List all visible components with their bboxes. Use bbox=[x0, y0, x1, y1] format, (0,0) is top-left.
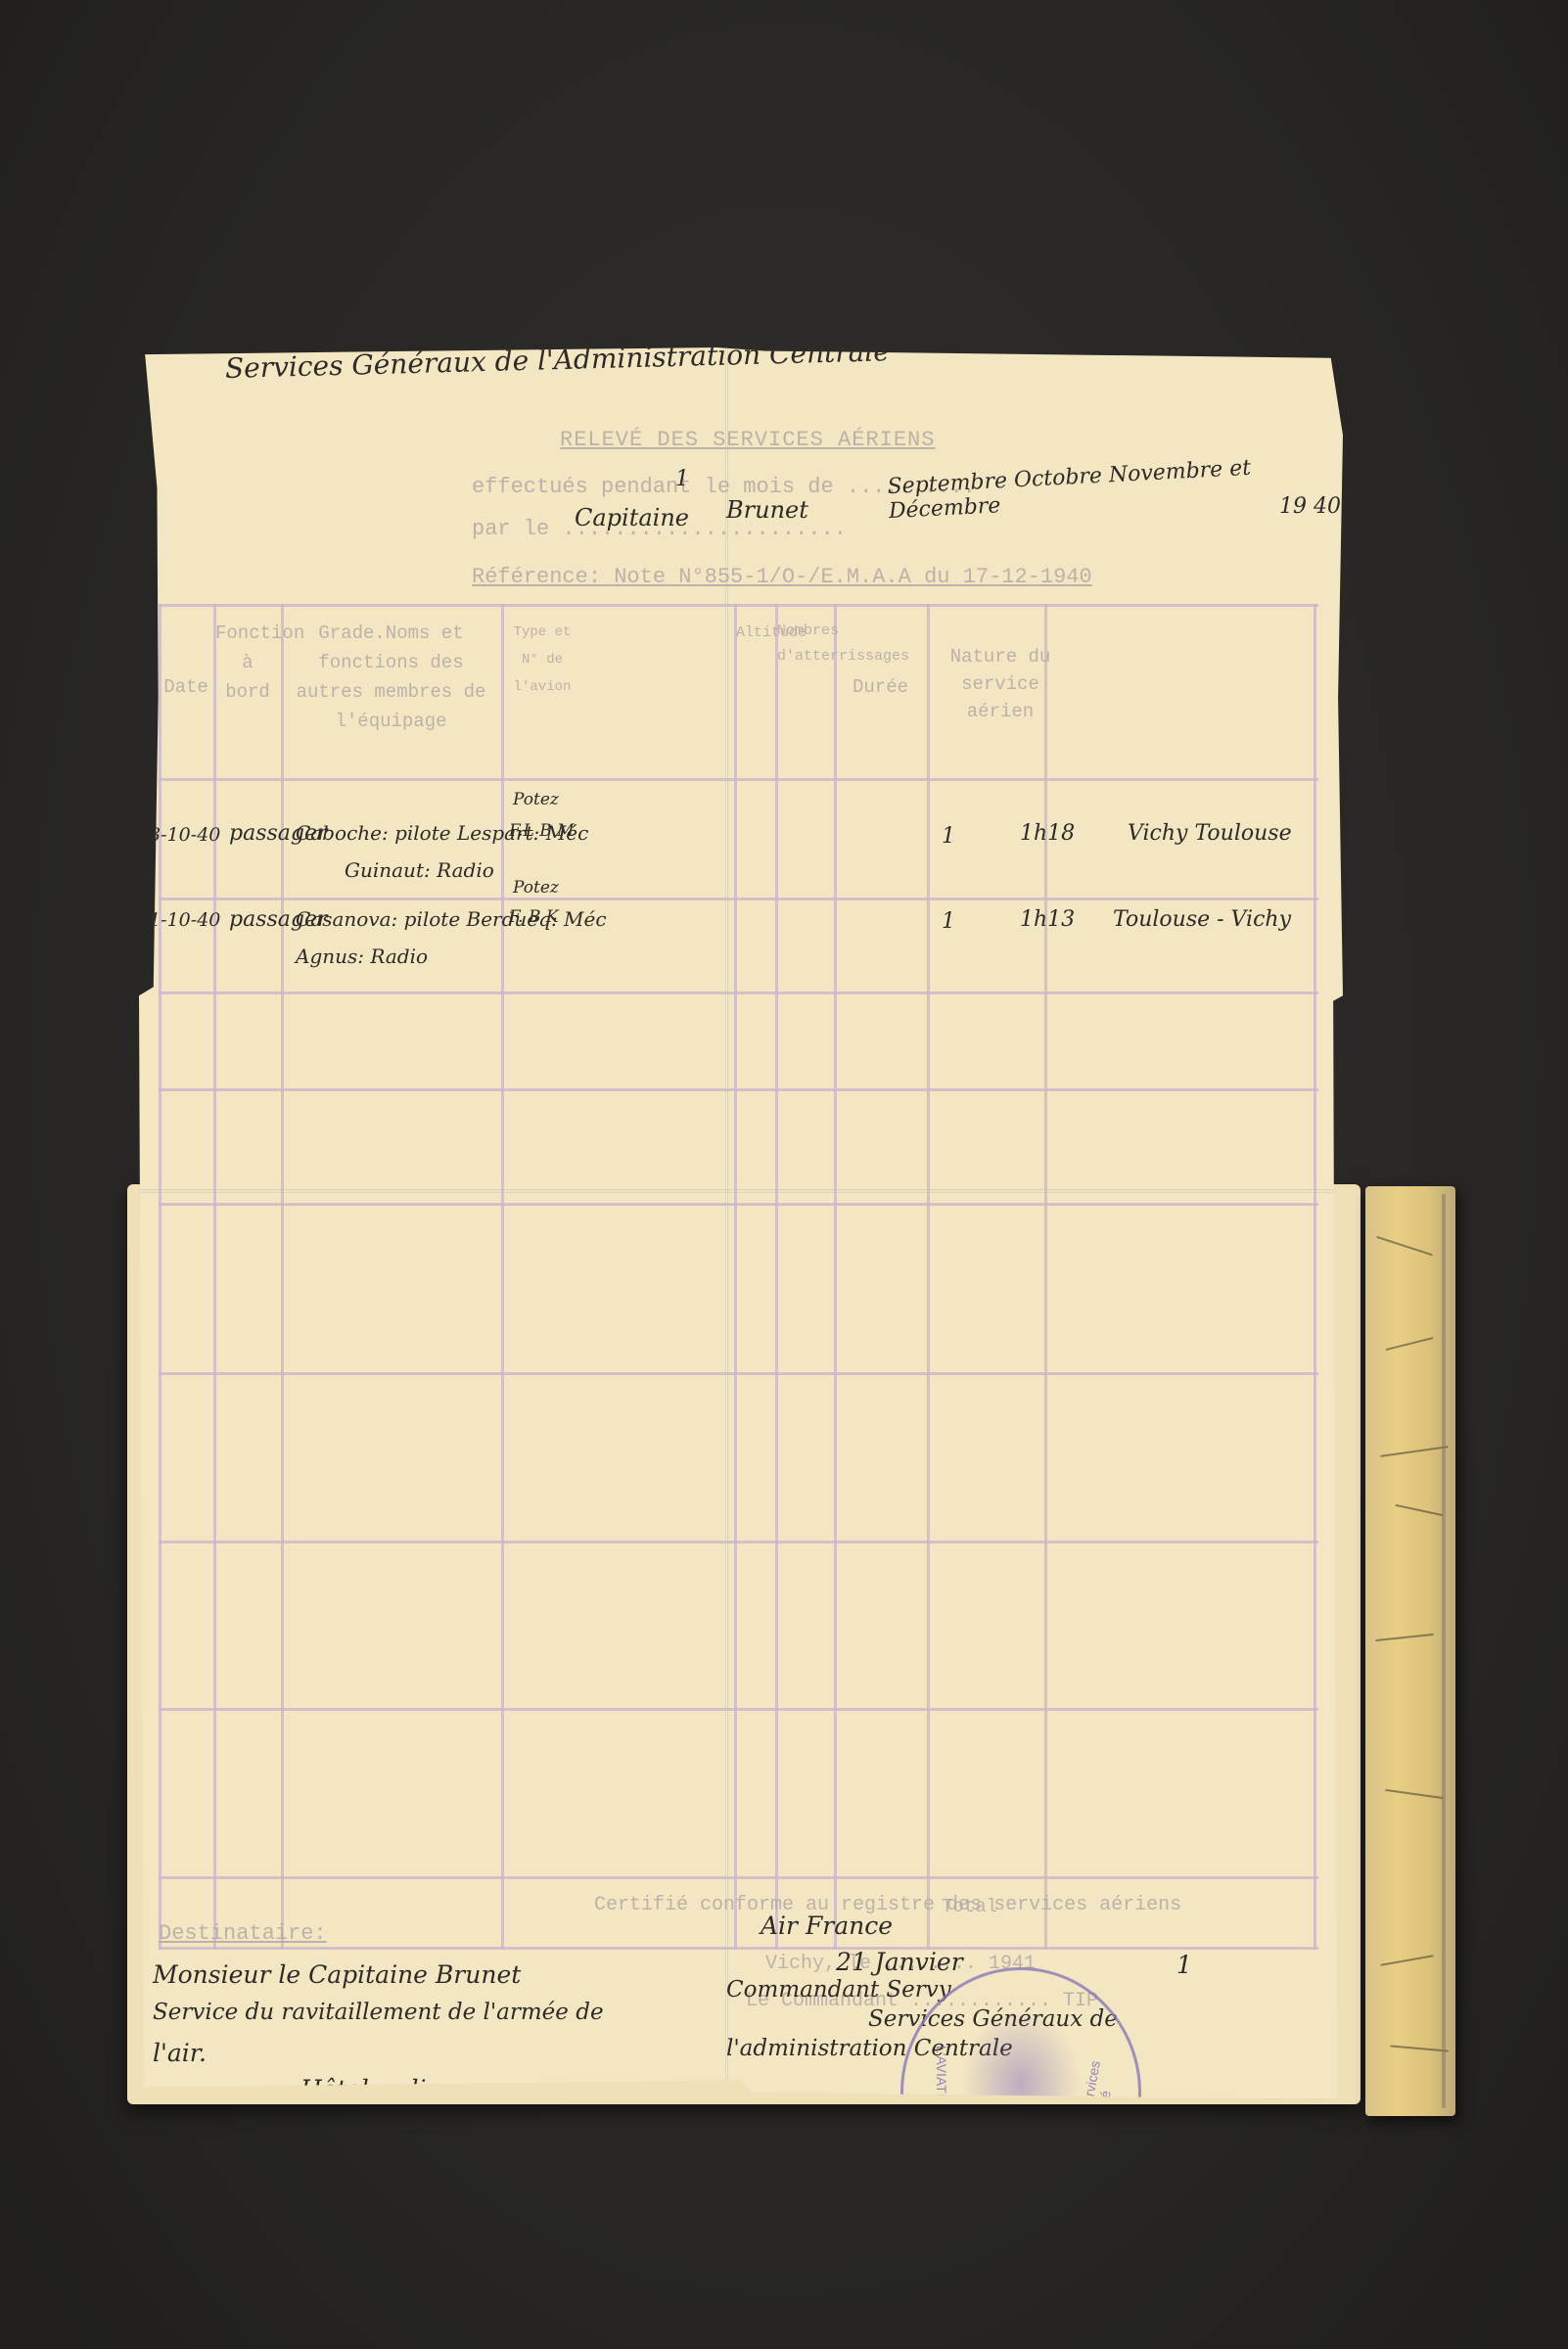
column-header-atterrissages: Nombres d'atterrissages bbox=[777, 619, 834, 669]
signature-year-mark: 1 bbox=[1176, 1951, 1192, 1979]
row2-avion-line2: F. B K bbox=[509, 907, 559, 927]
typed-reference: Référence: Note N°855-1/O-/E.M.A.A du 17… bbox=[472, 565, 1092, 589]
row2-atterrissages: 1 bbox=[942, 909, 955, 934]
address-line-3: l'air. bbox=[153, 2039, 207, 2067]
handwritten-period: Septembre Octobre Novembre et Décembre bbox=[887, 451, 1344, 524]
column-header-altitude: Altitude bbox=[736, 619, 775, 648]
row2-duree: 1h13 bbox=[1020, 907, 1075, 932]
marbled-booklet-cover bbox=[1365, 1186, 1455, 2116]
aviation-service-record-sheet: Services Généraux de l'Administration Ce… bbox=[139, 347, 1343, 2099]
column-header-equipage: Grade.Noms et fonctions des autres membr… bbox=[286, 619, 496, 736]
row1-nature: Vichy Toulouse bbox=[1128, 821, 1292, 846]
row2-nature: Toulouse - Vichy bbox=[1113, 907, 1291, 932]
destinataire-label: Destinataire: bbox=[159, 1921, 327, 1946]
signature-line-air-france: Air France bbox=[761, 1911, 893, 1940]
row2-equipage-line2: Agnus: Radio bbox=[296, 944, 428, 968]
column-header-fonction: Fonction à bord bbox=[215, 619, 280, 707]
address-line-2: Service du ravitaillement de l'armée de bbox=[153, 2000, 604, 2025]
address-line-1: Monsieur le Capitaine Brunet bbox=[153, 1960, 521, 1989]
row1-avion-line2: F.L B M bbox=[509, 821, 575, 841]
handwritten-year: 19 40 bbox=[1279, 494, 1341, 519]
row1-duree: 1h18 bbox=[1020, 821, 1075, 846]
column-header-avion: Type et N° de l'avion bbox=[503, 619, 581, 701]
column-header-nature: Nature du service aérien bbox=[942, 643, 1059, 725]
row1-atterrissages: 1 bbox=[942, 824, 955, 849]
row1-avion-line1: Potez bbox=[513, 790, 559, 809]
row2-equipage-line1: Casanova: pilote Berdueq: Méc bbox=[296, 907, 607, 931]
record-table: Date Fonction à bord Grade.Noms et fonct… bbox=[159, 604, 1318, 1950]
column-header-date: Date bbox=[159, 672, 213, 702]
signature-line-commandant: Commandant Servy bbox=[726, 1977, 951, 2003]
handwritten-mark: 1 bbox=[675, 467, 689, 491]
row1-equipage-line2: Guinaut: Radio bbox=[345, 858, 494, 882]
column-header-duree: Durée bbox=[834, 672, 927, 702]
signature-line-date: 21 Janvier bbox=[836, 1948, 963, 1976]
handwritten-grade: Capitaine bbox=[575, 504, 689, 531]
row2-avion-line1: Potez bbox=[513, 878, 559, 898]
typed-title: RELEVÉ DES SERVICES AÉRIENS bbox=[560, 428, 935, 452]
handwritten-name: Brunet bbox=[726, 496, 808, 524]
